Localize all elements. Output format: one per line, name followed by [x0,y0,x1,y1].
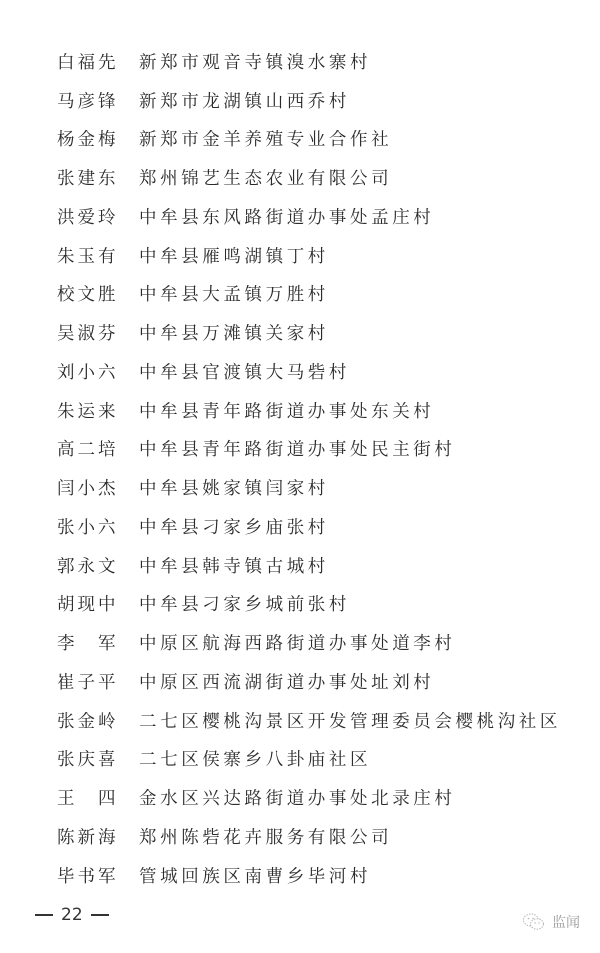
person-name: 高二培 [57,436,139,461]
person-name: 张建东 [57,165,139,190]
list-item: 朱运来中牟县青年路街道办事处东关村 [57,391,561,430]
person-name: 刘小六 [57,359,139,384]
list-item: 张金岭二七区樱桃沟景区开发管理委员会樱桃沟社区 [57,701,561,740]
organization: 中牟县姚家镇闫家村 [139,475,329,500]
organization: 中牟县东风路街道办事处孟庄村 [139,204,434,229]
name-list: 白福先新郑市观音寺镇溴水寨村 马彦锋新郑市龙湖镇山西乔村 杨金梅新郑市金羊养殖专… [57,42,561,895]
page-number-text: 22 [61,905,83,925]
organization: 金水区兴达路街道办事处北录庄村 [139,785,456,810]
list-item: 杨金梅新郑市金羊养殖专业合作社 [57,120,561,159]
person-name: 陈新海 [57,824,139,849]
list-item: 吴淑芬中牟县万滩镇关家村 [57,313,561,352]
person-name: 张金岭 [57,708,139,733]
person-name: 杨金梅 [57,126,139,151]
list-item: 李 军中原区航海西路街道办事处道李村 [57,623,561,662]
list-item: 胡现中中牟县刁家乡城前张村 [57,585,561,624]
list-item: 张庆喜二七区侯寨乡八卦庙社区 [57,740,561,779]
list-item: 校文胜中牟县大孟镇万胜村 [57,275,561,314]
organization: 中牟县雁鸣湖镇丁村 [139,243,329,268]
list-item: 王 四金水区兴达路街道办事处北录庄村 [57,778,561,817]
person-name: 张小六 [57,514,139,539]
wechat-icon [522,912,546,932]
list-item: 马彦锋新郑市龙湖镇山西乔村 [57,81,561,120]
organization: 中牟县青年路街道办事处民主街村 [139,436,456,461]
person-name: 崔子平 [57,669,139,694]
person-name: 闫小杰 [57,475,139,500]
organization: 中牟县刁家乡庙张村 [139,514,329,539]
organization: 管城回族区南曹乡毕河村 [139,863,371,888]
list-item: 郭永文中牟县韩寺镇古城村 [57,546,561,585]
list-item: 白福先新郑市观音寺镇溴水寨村 [57,42,561,81]
organization: 中原区航海西路街道办事处道李村 [139,630,456,655]
organization: 中牟县韩寺镇古城村 [139,553,329,578]
list-item: 张建东郑州锦艺生态农业有限公司 [57,158,561,197]
person-name: 朱运来 [57,398,139,423]
person-name: 洪爱玲 [57,204,139,229]
organization: 二七区樱桃沟景区开发管理委员会樱桃沟社区 [139,708,561,733]
person-name: 张庆喜 [57,746,139,771]
person-name: 白福先 [57,49,139,74]
organization: 中牟县官渡镇大马砦村 [139,359,350,384]
list-item: 刘小六中牟县官渡镇大马砦村 [57,352,561,391]
organization: 中牟县青年路街道办事处东关村 [139,398,434,423]
person-name: 毕书军 [57,863,139,888]
person-name: 胡现中 [57,591,139,616]
organization: 中牟县刁家乡城前张村 [139,591,350,616]
person-name: 郭永文 [57,553,139,578]
dash-right [91,914,109,915]
list-item: 张小六中牟县刁家乡庙张村 [57,507,561,546]
organization: 新郑市龙湖镇山西乔村 [139,88,350,113]
organization: 二七区侯寨乡八卦庙社区 [139,746,371,771]
watermark-text: 监闻 [552,912,580,932]
person-name: 马彦锋 [57,88,139,113]
list-item: 洪爱玲中牟县东风路街道办事处孟庄村 [57,197,561,236]
organization: 中牟县万滩镇关家村 [139,320,329,345]
list-item: 朱玉有中牟县雁鸣湖镇丁村 [57,236,561,275]
person-name: 朱玉有 [57,243,139,268]
watermark: 监闻 [522,912,580,932]
list-item: 高二培中牟县青年路街道办事处民主街村 [57,430,561,469]
organization: 郑州锦艺生态农业有限公司 [139,165,392,190]
list-item: 毕书军管城回族区南曹乡毕河村 [57,856,561,895]
organization: 郑州陈砦花卉服务有限公司 [139,824,392,849]
person-name: 王 四 [57,785,139,810]
organization: 新郑市金羊养殖专业合作社 [139,126,392,151]
organization: 中牟县大孟镇万胜村 [139,281,329,306]
page-number: 22 [27,905,117,925]
list-item: 崔子平中原区西流湖街道办事处址刘村 [57,662,561,701]
dash-left [35,914,53,915]
organization: 新郑市观音寺镇溴水寨村 [139,49,371,74]
organization: 中原区西流湖街道办事处址刘村 [139,669,434,694]
person-name: 李 军 [57,630,139,655]
list-item: 陈新海郑州陈砦花卉服务有限公司 [57,817,561,856]
person-name: 吴淑芬 [57,320,139,345]
list-item: 闫小杰中牟县姚家镇闫家村 [57,468,561,507]
person-name: 校文胜 [57,281,139,306]
